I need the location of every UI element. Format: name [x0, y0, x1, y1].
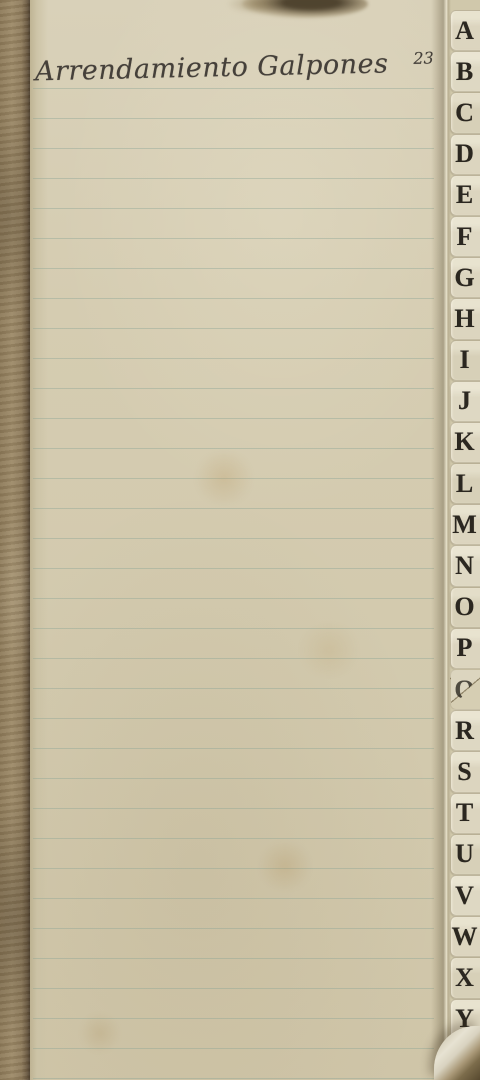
- index-tab-k: K: [450, 422, 480, 463]
- index-tab-u: U: [450, 834, 480, 875]
- index-tab-letter: O: [454, 594, 474, 620]
- index-tab-w: W: [450, 916, 480, 957]
- index-tab-l: L: [450, 463, 480, 504]
- ink-stain-top: [242, 0, 368, 18]
- index-tab-letter: E: [456, 182, 473, 208]
- handwritten-heading: Arrendamiento Galpones 23: [35, 48, 426, 88]
- ruled-lines: [33, 88, 434, 1080]
- index-tab-letter: C: [455, 100, 474, 126]
- index-tab-letter: V: [455, 883, 474, 909]
- index-tab-letter: G: [454, 265, 474, 291]
- index-tab-letter: R: [455, 718, 474, 744]
- index-tab-letter: J: [458, 388, 471, 414]
- index-tab-letter: P: [457, 635, 473, 661]
- index-tab-letter: U: [455, 841, 474, 867]
- index-tab-i: I: [450, 340, 480, 381]
- index-tab-d: D: [450, 134, 480, 175]
- index-tab-letter: M: [452, 512, 477, 538]
- index-tab-letter: K: [454, 429, 474, 455]
- heading-text: Arrendamiento Galpones: [35, 48, 389, 87]
- index-tab-e: E: [450, 175, 480, 216]
- index-tab-letter: D: [455, 141, 474, 167]
- index-tab-b: B: [450, 51, 480, 92]
- index-tab-letter: S: [457, 759, 471, 785]
- index-tab-f: F: [450, 216, 480, 257]
- index-tab-letter: F: [457, 224, 473, 250]
- index-tab-letter: T: [456, 800, 473, 826]
- index-tab-letter: L: [456, 471, 473, 497]
- index-tab-m: M: [450, 504, 480, 545]
- index-tab-letter: B: [456, 59, 473, 85]
- index-tab-r: R: [450, 710, 480, 751]
- book-binding: [0, 0, 30, 1080]
- index-tab-strip: ABCDEFGHIJKLMNOPQRSTUVWXYZ: [448, 0, 480, 1080]
- index-tab-letter: W: [452, 924, 478, 950]
- page-edge-shadow: [431, 0, 448, 1080]
- index-tab-c: C: [450, 92, 480, 133]
- index-tab-letter: X: [455, 965, 474, 991]
- index-tab-g: G: [450, 257, 480, 298]
- index-page: Arrendamiento Galpones 23: [30, 0, 448, 1080]
- index-tab-letter: I: [459, 347, 469, 373]
- index-tab-n: N: [450, 545, 480, 586]
- index-tab-q: Q: [450, 669, 480, 710]
- index-tab-letter: N: [455, 553, 474, 579]
- index-tab-t: T: [450, 793, 480, 834]
- index-tab-letter: A: [455, 18, 474, 44]
- index-tab-j: J: [450, 381, 480, 422]
- index-tab-a: A: [450, 10, 480, 51]
- index-tab-x: X: [450, 957, 480, 998]
- index-tab-s: S: [450, 751, 480, 792]
- index-tab-h: H: [450, 298, 480, 339]
- index-tab-v: V: [450, 875, 480, 916]
- index-tab-p: P: [450, 628, 480, 669]
- index-tab-o: O: [450, 587, 480, 628]
- ledger-index-scan: Arrendamiento Galpones 23 ABCDEFGHIJKLMN…: [0, 0, 480, 1080]
- ink-stain-top-halo: [226, 0, 286, 14]
- index-tab-letter: H: [454, 306, 474, 332]
- index-tab-letter: Q: [454, 677, 474, 703]
